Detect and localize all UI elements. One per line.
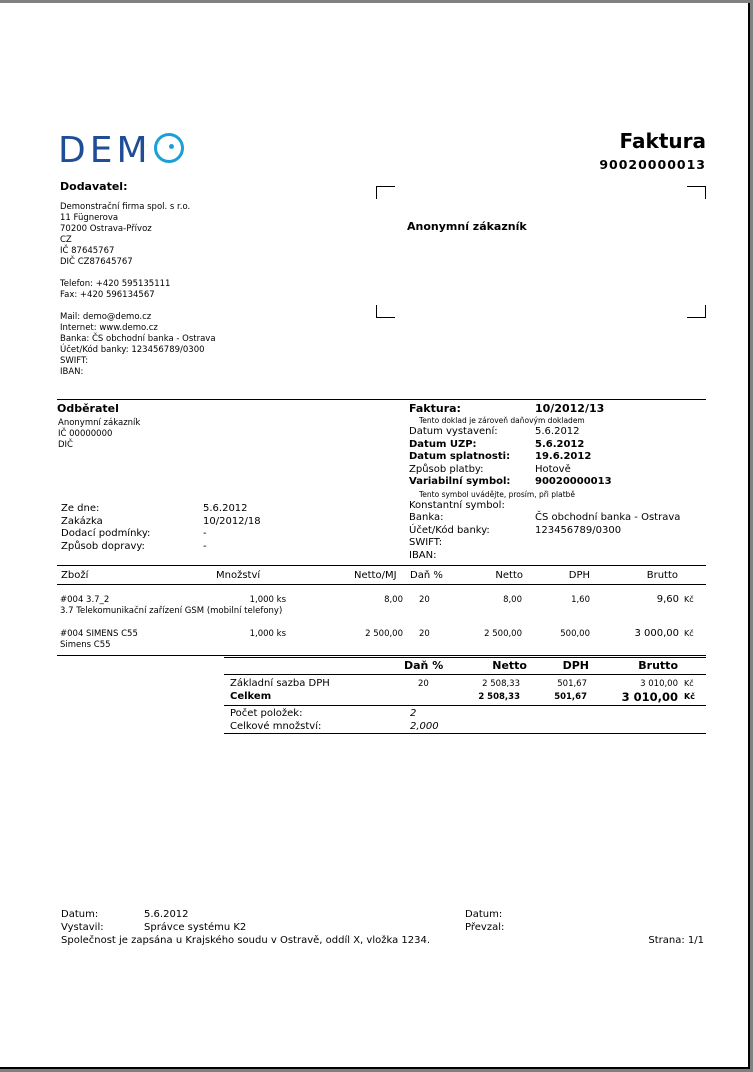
tax-document-note: Tento doklad je zároveň daňovým dokladem bbox=[409, 415, 680, 426]
invoice-label: Faktura: bbox=[409, 402, 535, 415]
supplier-swift: SWIFT: bbox=[60, 356, 216, 367]
info-value: 123456789/0300 bbox=[535, 525, 621, 538]
footer-received-label: Převzal: bbox=[465, 922, 504, 935]
logo-text: DEM bbox=[58, 130, 152, 171]
summary-counts: Počet položek:2 Celkové množství:2,000 bbox=[230, 708, 439, 733]
info-value: 5.6.2012 bbox=[535, 426, 580, 439]
col-header-gross: Brutto bbox=[647, 570, 678, 583]
table-bottom-rule bbox=[57, 655, 706, 656]
item-unit-net: 2 500,00 bbox=[365, 629, 403, 640]
supplier-line: 11 Fügnerova bbox=[60, 213, 216, 224]
table-top-rule bbox=[57, 565, 706, 566]
rate-tax: 20 bbox=[418, 679, 429, 690]
footer-page-number: Strana: 1/1 bbox=[648, 935, 704, 948]
footer-issued-value: Správce systému K2 bbox=[144, 922, 246, 935]
summary-header-rule bbox=[224, 674, 706, 675]
detail-value: - bbox=[203, 541, 207, 554]
supplier-mail: Mail: demo@demo.cz bbox=[60, 312, 216, 323]
item-tax: 20 bbox=[419, 595, 430, 606]
supplier-bank: Banka: ČS obchodní banka - Ostrava bbox=[60, 334, 216, 345]
info-value: ČS obchodní banka - Ostrava bbox=[535, 512, 680, 525]
supplier-web: Internet: www.demo.cz bbox=[60, 323, 216, 334]
footer-date-value: 5.6.2012 bbox=[144, 909, 189, 922]
document-number: 90020000013 bbox=[599, 157, 706, 172]
info-label: Datum vystavení: bbox=[409, 426, 535, 439]
customer-address: Anonymní zákazník IČ 00000000 DIČ bbox=[58, 418, 140, 451]
address-corner-bl bbox=[376, 305, 395, 318]
col-header-unit-net: Netto/MJ bbox=[354, 570, 397, 583]
detail-label: Ze dne: bbox=[61, 503, 203, 516]
item-qty: 1,000 ks bbox=[250, 629, 286, 640]
col-header-qty: Množství bbox=[216, 570, 260, 583]
logo-circle-icon bbox=[154, 133, 184, 163]
invoice-info: Faktura:10/2012/13 Tento doklad je zárov… bbox=[409, 402, 680, 562]
detail-value: 5.6.2012 bbox=[203, 503, 248, 516]
rate-gross: 3 010,00 bbox=[640, 679, 678, 690]
col-header-tax: Daň % bbox=[410, 570, 443, 583]
summary-bottom-rule bbox=[224, 733, 706, 734]
item-gross: 3 000,00 bbox=[634, 628, 679, 641]
total-vat: 501,67 bbox=[554, 692, 587, 703]
summary-total-rule bbox=[224, 705, 706, 706]
items-table-header: Zboží Množství Netto/MJ Daň % Netto DPH … bbox=[0, 570, 748, 583]
invoice-page: DEM Faktura 90020000013 Dodavatel: Demon… bbox=[0, 3, 750, 1069]
info-label: Datum splatnosti: bbox=[409, 451, 535, 464]
customer-line: DIČ bbox=[58, 440, 140, 451]
col-header-vat: DPH bbox=[569, 570, 590, 583]
summary-header: Daň % Netto DPH Brutto bbox=[0, 660, 748, 673]
address-corner-br bbox=[687, 305, 706, 318]
item-gross: 9,60 bbox=[657, 594, 679, 607]
item-vat: 1,60 bbox=[571, 595, 590, 606]
item-code: #004 3.7_2 bbox=[60, 595, 109, 606]
supplier-line: IČ 87645767 bbox=[60, 246, 216, 257]
customer-details: Ze dne:5.6.2012 Zakázka10/2012/18 Dodací… bbox=[61, 503, 261, 553]
footer-date-label: Datum: bbox=[61, 909, 98, 922]
info-value: 90020000013 bbox=[535, 476, 612, 489]
detail-label: Zakázka bbox=[61, 516, 203, 529]
detail-label: Způsob dopravy: bbox=[61, 541, 203, 554]
rate-label: Základní sazba DPH bbox=[230, 678, 330, 691]
col-header-net: Netto bbox=[495, 570, 523, 583]
table-row: #004 3.7_2 3.7 Telekomunikační zařízení … bbox=[0, 595, 748, 621]
supplier-phone: Telefon: +420 595135111 bbox=[60, 279, 216, 290]
company-logo: DEM bbox=[58, 131, 184, 171]
summary-col-gross: Brutto bbox=[638, 660, 678, 673]
summary-col-tax: Daň % bbox=[404, 660, 443, 673]
info-value: 5.6.2012 bbox=[535, 439, 584, 452]
total-label: Celkem bbox=[230, 691, 271, 704]
supplier-line: Demonstrační firma spol. s r.o. bbox=[60, 202, 216, 213]
info-value: 19.6.2012 bbox=[535, 451, 591, 464]
item-net: 2 500,00 bbox=[484, 629, 522, 640]
customer-line: IČ 00000000 bbox=[58, 429, 140, 440]
qty-value: 2,000 bbox=[410, 721, 439, 734]
item-unit-net: 8,00 bbox=[384, 595, 403, 606]
detail-value: - bbox=[203, 528, 207, 541]
info-label: Účet/Kód banky: bbox=[409, 525, 535, 538]
count-label: Počet položek: bbox=[230, 708, 410, 721]
item-net: 8,00 bbox=[503, 595, 522, 606]
table-header-rule bbox=[57, 584, 706, 585]
footer-registry-note: Společnost je zapsána u Krajského soudu … bbox=[61, 935, 430, 948]
symbol-note: Tento symbol uvádějte, prosím, při platb… bbox=[409, 489, 680, 500]
address-corner-tl bbox=[376, 186, 395, 199]
summary-col-vat: DPH bbox=[563, 660, 589, 673]
info-value: Hotově bbox=[535, 464, 571, 477]
supplier-fax: Fax: +420 596134567 bbox=[60, 290, 216, 301]
info-label: Konstantní symbol: bbox=[409, 500, 535, 513]
invoice-number: 10/2012/13 bbox=[535, 402, 604, 415]
info-label: IBAN: bbox=[409, 550, 535, 563]
item-currency: Kč bbox=[684, 595, 694, 604]
total-currency: Kč bbox=[684, 692, 695, 701]
item-currency: Kč bbox=[684, 629, 694, 638]
info-label: Způsob platby: bbox=[409, 464, 535, 477]
detail-value: 10/2012/18 bbox=[203, 516, 261, 529]
col-header-goods: Zboží bbox=[61, 570, 88, 583]
item-tax: 20 bbox=[419, 629, 430, 640]
rate-net: 2 508,33 bbox=[482, 679, 520, 690]
supplier-line: DIČ CZ87645767 bbox=[60, 257, 216, 268]
rate-currency: Kč bbox=[684, 679, 694, 688]
item-description: Simens C55 bbox=[60, 640, 111, 651]
supplier-iban: IBAN: bbox=[60, 367, 216, 378]
summary-top-rule bbox=[224, 657, 706, 658]
item-vat: 500,00 bbox=[560, 629, 590, 640]
total-gross: 3 010,00 bbox=[622, 690, 678, 704]
address-name: Anonymní zákazník bbox=[407, 220, 527, 233]
info-label: Variabilní symbol: bbox=[409, 476, 535, 489]
footer-issued-label: Vystavil: bbox=[61, 922, 104, 935]
customer-heading: Odběratel bbox=[57, 402, 119, 415]
qty-label: Celkové množství: bbox=[230, 721, 410, 734]
rate-vat: 501,67 bbox=[557, 679, 587, 690]
item-description: 3.7 Telekomunikační zařízení GSM (mobiln… bbox=[60, 606, 282, 617]
summary-total-row: Celkem 2 508,33 501,67 3 010,00 Kč bbox=[0, 691, 748, 704]
divider bbox=[57, 399, 706, 400]
info-label: Banka: bbox=[409, 512, 535, 525]
document-title: Faktura bbox=[620, 129, 706, 153]
supplier-address: Demonstrační firma spol. s r.o. 11 Fügne… bbox=[60, 202, 216, 378]
item-qty: 1,000 ks bbox=[250, 595, 286, 606]
supplier-line: CZ bbox=[60, 235, 216, 246]
item-code: #004 SIMENS C55 bbox=[60, 629, 138, 640]
supplier-heading: Dodavatel: bbox=[60, 180, 127, 193]
table-row: #004 SIMENS C55 Simens C55 1,000 ks 2 50… bbox=[0, 629, 748, 655]
detail-label: Dodací podmínky: bbox=[61, 528, 203, 541]
total-net: 2 508,33 bbox=[478, 692, 520, 703]
count-value: 2 bbox=[410, 708, 416, 721]
footer-date2-label: Datum: bbox=[465, 909, 502, 922]
summary-col-net: Netto bbox=[492, 660, 527, 673]
customer-line: Anonymní zákazník bbox=[58, 418, 140, 429]
address-corner-tr bbox=[687, 186, 706, 199]
supplier-account: Účet/Kód banky: 123456789/0300 bbox=[60, 345, 216, 356]
info-label: SWIFT: bbox=[409, 537, 535, 550]
info-label: Datum UZP: bbox=[409, 439, 535, 452]
supplier-line: 70200 Ostrava-Přívoz bbox=[60, 224, 216, 235]
